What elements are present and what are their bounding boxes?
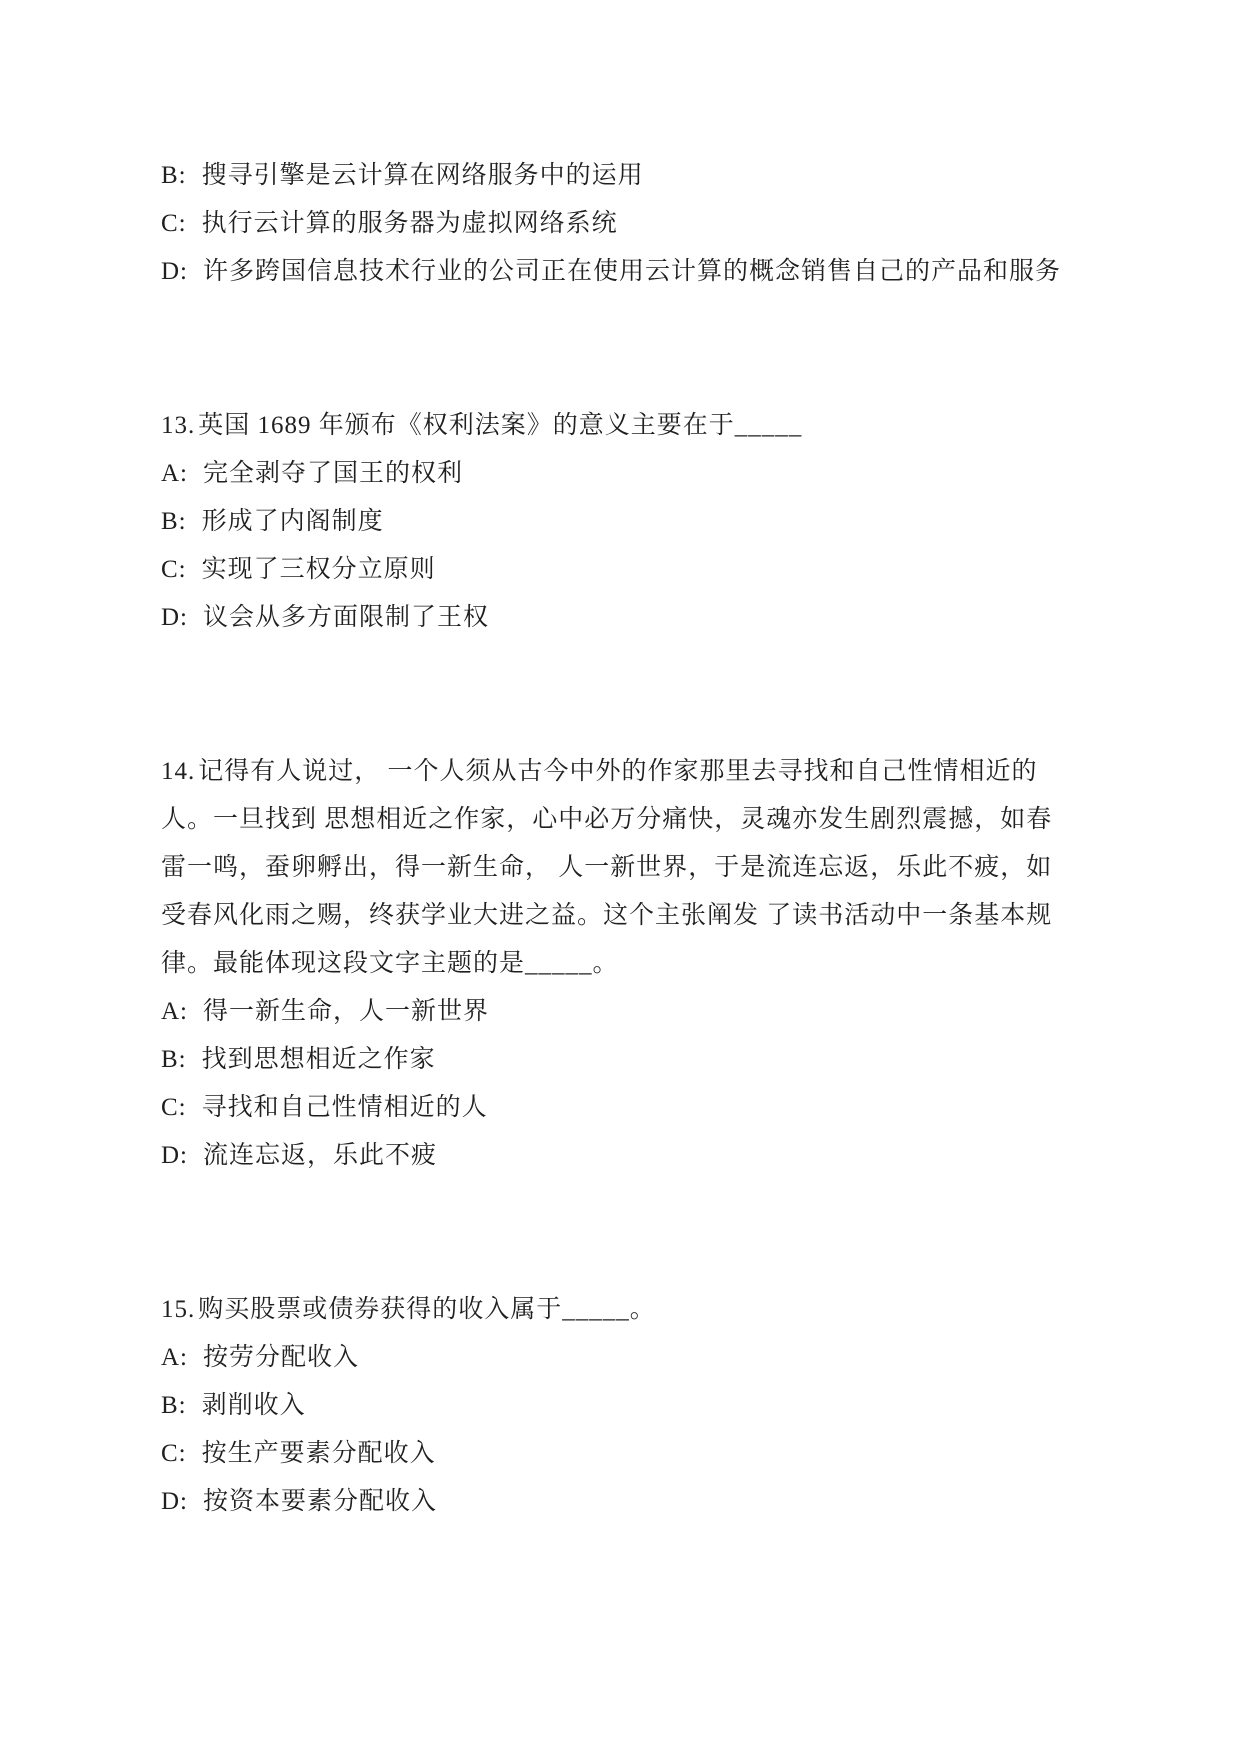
- option-label: A:: [161, 1344, 188, 1371]
- option-line: B:剥削收入: [161, 1382, 1180, 1430]
- option-line: A:按劳分配收入: [161, 1334, 1180, 1382]
- option-line: B:搜寻引擎是云计算在网络服务中的运用: [161, 152, 1180, 200]
- option-line: C:寻找和自己性情相近的人: [161, 1084, 1180, 1132]
- question-stem-line: 受春风化雨之赐，终获学业大进之益。这个主张阐发 了读书活动中一条基本规: [161, 892, 1180, 940]
- option-label: B:: [161, 162, 187, 189]
- option-line: B:找到思想相近之作家: [161, 1036, 1180, 1084]
- option-line: A:得一新生命，人一新世界: [161, 988, 1180, 1036]
- question-block: 13.英国 1689 年颁布《权利法案》的意义主要在于_____A:完全剥夺了国…: [161, 402, 1180, 642]
- option-line: C:实现了三权分立原则: [161, 546, 1180, 594]
- document-page: B:搜寻引擎是云计算在网络服务中的运用C:执行云计算的服务器为虚拟网络系统D:许…: [0, 0, 1240, 1753]
- option-label: C:: [161, 1440, 187, 1467]
- option-line: A:完全剥夺了国王的权利: [161, 450, 1180, 498]
- option-label: C:: [161, 210, 187, 237]
- question-stem-line: 律。最能体现这段文字主题的是_____。: [161, 940, 1180, 988]
- question-stem-line: 15.购买股票或债券获得的收入属于_____。: [161, 1286, 1180, 1334]
- option-text: 搜寻引擎是云计算在网络服务中的运用: [202, 162, 644, 189]
- option-text: 完全剥夺了国王的权利: [203, 460, 463, 487]
- option-text: 寻找和自己性情相近的人: [202, 1094, 488, 1121]
- question-stem-text: 购买股票或债券获得的收入属于_____。: [198, 1296, 656, 1323]
- question-stem-text: 受春风化雨之赐，终获学业大进之益。这个主张阐发 了读书活动中一条基本规: [161, 902, 1052, 929]
- question-stem-text: 律。最能体现这段文字主题的是_____。: [161, 950, 619, 977]
- option-line: B:形成了内阁制度: [161, 498, 1180, 546]
- option-line: D:许多跨国信息技术行业的公司正在使用云计算的概念销售自己的产品和服务: [161, 248, 1180, 296]
- option-text: 按劳分配收入: [203, 1344, 359, 1371]
- option-text: 得一新生命，人一新世界: [203, 998, 489, 1025]
- option-label: B:: [161, 1046, 187, 1073]
- question-stem-text: 人。一旦找到 思想相近之作家，心中必万分痛快，灵魂亦发生剧烈震撼，如春: [161, 806, 1052, 833]
- question-block: 14.记得有人说过， 一个人须从古今中外的作家那里去寻找和自己性情相近的人。一旦…: [161, 748, 1180, 1180]
- question-stem-text: 雷一鸣，蚕卵孵出，得一新生命， 人一新世界，于是流连忘返，乐此不疲，如: [161, 854, 1052, 881]
- question-stem-text: 记得有人说过， 一个人须从古今中外的作家那里去寻找和自己性情相近的: [198, 758, 1037, 785]
- option-text: 剥削收入: [202, 1392, 306, 1419]
- option-text: 找到思想相近之作家: [202, 1046, 436, 1073]
- question-stem-line: 雷一鸣，蚕卵孵出，得一新生命， 人一新世界，于是流连忘返，乐此不疲，如: [161, 844, 1180, 892]
- option-label: C:: [161, 556, 187, 583]
- option-text: 执行云计算的服务器为虚拟网络系统: [202, 210, 618, 237]
- question-stem-text: 英国 1689 年颁布《权利法案》的意义主要在于_____: [198, 412, 802, 439]
- option-label: B:: [161, 1392, 187, 1419]
- option-text: 许多跨国信息技术行业的公司正在使用云计算的概念销售自己的产品和服务: [203, 258, 1061, 285]
- option-line: D:议会从多方面限制了王权: [161, 594, 1180, 642]
- question-block: 15.购买股票或债券获得的收入属于_____。A:按劳分配收入B:剥削收入C:按…: [161, 1286, 1180, 1526]
- option-line: D:流连忘返，乐此不疲: [161, 1132, 1180, 1180]
- option-label: D:: [161, 604, 188, 631]
- question-number: 14.: [161, 758, 195, 785]
- option-text: 流连忘返，乐此不疲: [203, 1142, 437, 1169]
- option-label: D:: [161, 1142, 188, 1169]
- question-block: B:搜寻引擎是云计算在网络服务中的运用C:执行云计算的服务器为虚拟网络系统D:许…: [161, 152, 1180, 296]
- option-line: D:按资本要素分配收入: [161, 1478, 1180, 1526]
- option-text: 形成了内阁制度: [202, 508, 384, 535]
- option-label: D:: [161, 258, 188, 285]
- question-stem-line: 13.英国 1689 年颁布《权利法案》的意义主要在于_____: [161, 402, 1180, 450]
- option-line: C:按生产要素分配收入: [161, 1430, 1180, 1478]
- option-text: 议会从多方面限制了王权: [203, 604, 489, 631]
- option-label: A:: [161, 460, 188, 487]
- option-label: B:: [161, 508, 187, 535]
- option-label: A:: [161, 998, 188, 1025]
- question-number: 13.: [161, 412, 195, 439]
- option-text: 实现了三权分立原则: [202, 556, 436, 583]
- option-label: D:: [161, 1488, 188, 1515]
- option-text: 按资本要素分配收入: [203, 1488, 437, 1515]
- question-number: 15.: [161, 1296, 195, 1323]
- question-stem-line: 人。一旦找到 思想相近之作家，心中必万分痛快，灵魂亦发生剧烈震撼，如春: [161, 796, 1180, 844]
- option-text: 按生产要素分配收入: [202, 1440, 436, 1467]
- option-line: C:执行云计算的服务器为虚拟网络系统: [161, 200, 1180, 248]
- option-label: C:: [161, 1094, 187, 1121]
- question-stem-line: 14.记得有人说过， 一个人须从古今中外的作家那里去寻找和自己性情相近的: [161, 748, 1180, 796]
